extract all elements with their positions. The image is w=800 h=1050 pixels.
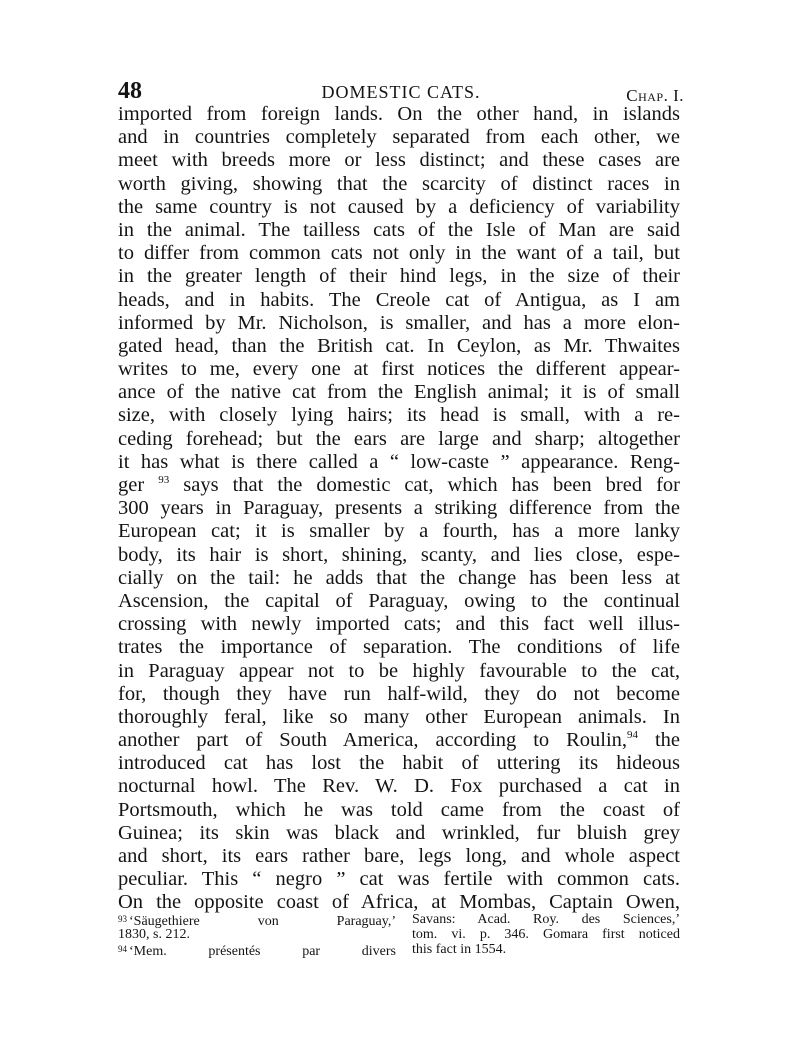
text-suffix: the	[655, 729, 680, 751]
text-line: trates the importance of separation. The…	[118, 636, 680, 659]
text-line: informed by Mr. Nicholson, is smaller, a…	[118, 312, 680, 335]
text-line: in Paraguay appear not to be highly favo…	[118, 660, 680, 683]
text-line: and in countries completely separated fr…	[118, 126, 680, 149]
text-line: nocturnal howl. The Rev. W. D. Fox purch…	[118, 775, 680, 798]
text-line: worth giving, showing that the scarcity …	[118, 173, 680, 196]
footnote-94-line: 94‘Mem. présentés par divers	[118, 942, 396, 957]
footnote-94-line: this fact in 1554.	[412, 942, 680, 957]
footnote-93-line: 1830, s. 212.	[118, 927, 396, 942]
footnote-94-line: Savans: Acad. Roy. des Sciences,’	[412, 912, 680, 927]
text-line: ceding forehead; but the ears are large …	[118, 428, 680, 451]
text-line: cially on the tail: he adds that the cha…	[118, 567, 680, 590]
text-line: peculiar. This “ negro ” cat was fertile…	[118, 868, 680, 891]
text-line-with-footnote-93: ger 93 says that the domestic cat, which…	[118, 474, 680, 497]
text-line: writes to me, every one at first notices…	[118, 358, 680, 381]
text-line: to differ from common cats not only in t…	[118, 242, 680, 265]
footnote-mark-93: 93	[118, 914, 127, 924]
footnote-94-line: tom. vi. p. 346. Gomara first noticed	[412, 927, 680, 942]
text-main: another part of South America, according…	[118, 729, 627, 751]
text-line: the same country is not caused by a defi…	[118, 196, 680, 219]
text-line: body, its hair is short, shining, scanty…	[118, 544, 680, 567]
footnote-93-line: 93‘Säugethiere von Paraguay,’	[118, 912, 396, 927]
text-line: gated head, than the British cat. In Cey…	[118, 335, 680, 358]
footnote-94-text: ‘Mem. présentés par divers	[129, 944, 396, 959]
text-line: 300 years in Paraguay, presents a striki…	[118, 497, 680, 520]
text-line: it has what is there called a “ low-cast…	[118, 451, 680, 474]
text-line: in the greater length of their hind legs…	[118, 265, 680, 288]
text-line: introduced cat has lost the habit of utt…	[118, 752, 680, 775]
text-line: European cat; it is smaller by a fourth,…	[118, 520, 680, 543]
text-line: meet with breeds more or less distinct; …	[118, 149, 680, 172]
footnote-column-left: 93‘Säugethiere von Paraguay,’ 1830, s. 2…	[118, 912, 396, 957]
text-line: Guinea; its skin was black and wrinkled,…	[118, 822, 680, 845]
text-line: crossing with newly imported cats; and t…	[118, 613, 680, 636]
text-line-with-footnote-94: another part of South America, according…	[118, 729, 680, 752]
text-line: ance of the native cat from the English …	[118, 381, 680, 404]
body-text: imported from foreign lands. On the othe…	[118, 103, 680, 915]
footnote-ref-93[interactable]: 93	[158, 474, 169, 486]
footnote-ref-94[interactable]: 94	[627, 729, 638, 741]
text-line: in the animal. The tailless cats of the …	[118, 219, 680, 242]
footnote-mark-94: 94	[118, 944, 127, 954]
footnote-column-right: Savans: Acad. Roy. des Sciences,’ tom. v…	[412, 912, 680, 957]
text-line: heads, and in habits. The Creole cat of …	[118, 289, 680, 312]
text-rest: says that the domestic cat, which has be…	[183, 474, 680, 496]
text-prefix: ger	[118, 474, 144, 496]
text-line: Ascension, the capital of Paraguay, owin…	[118, 590, 680, 613]
text-line: for, though they have run half-wild, the…	[118, 683, 680, 706]
text-line: and short, its ears rather bare, legs lo…	[118, 845, 680, 868]
text-line: size, with closely lying hairs; its head…	[118, 404, 680, 427]
text-line: imported from foreign lands. On the othe…	[118, 103, 680, 126]
text-line: thoroughly feral, like so many other Eur…	[118, 706, 680, 729]
running-title: DOMESTIC CATS.	[118, 82, 684, 103]
text-line: Portsmouth, which he was told came from …	[118, 799, 680, 822]
